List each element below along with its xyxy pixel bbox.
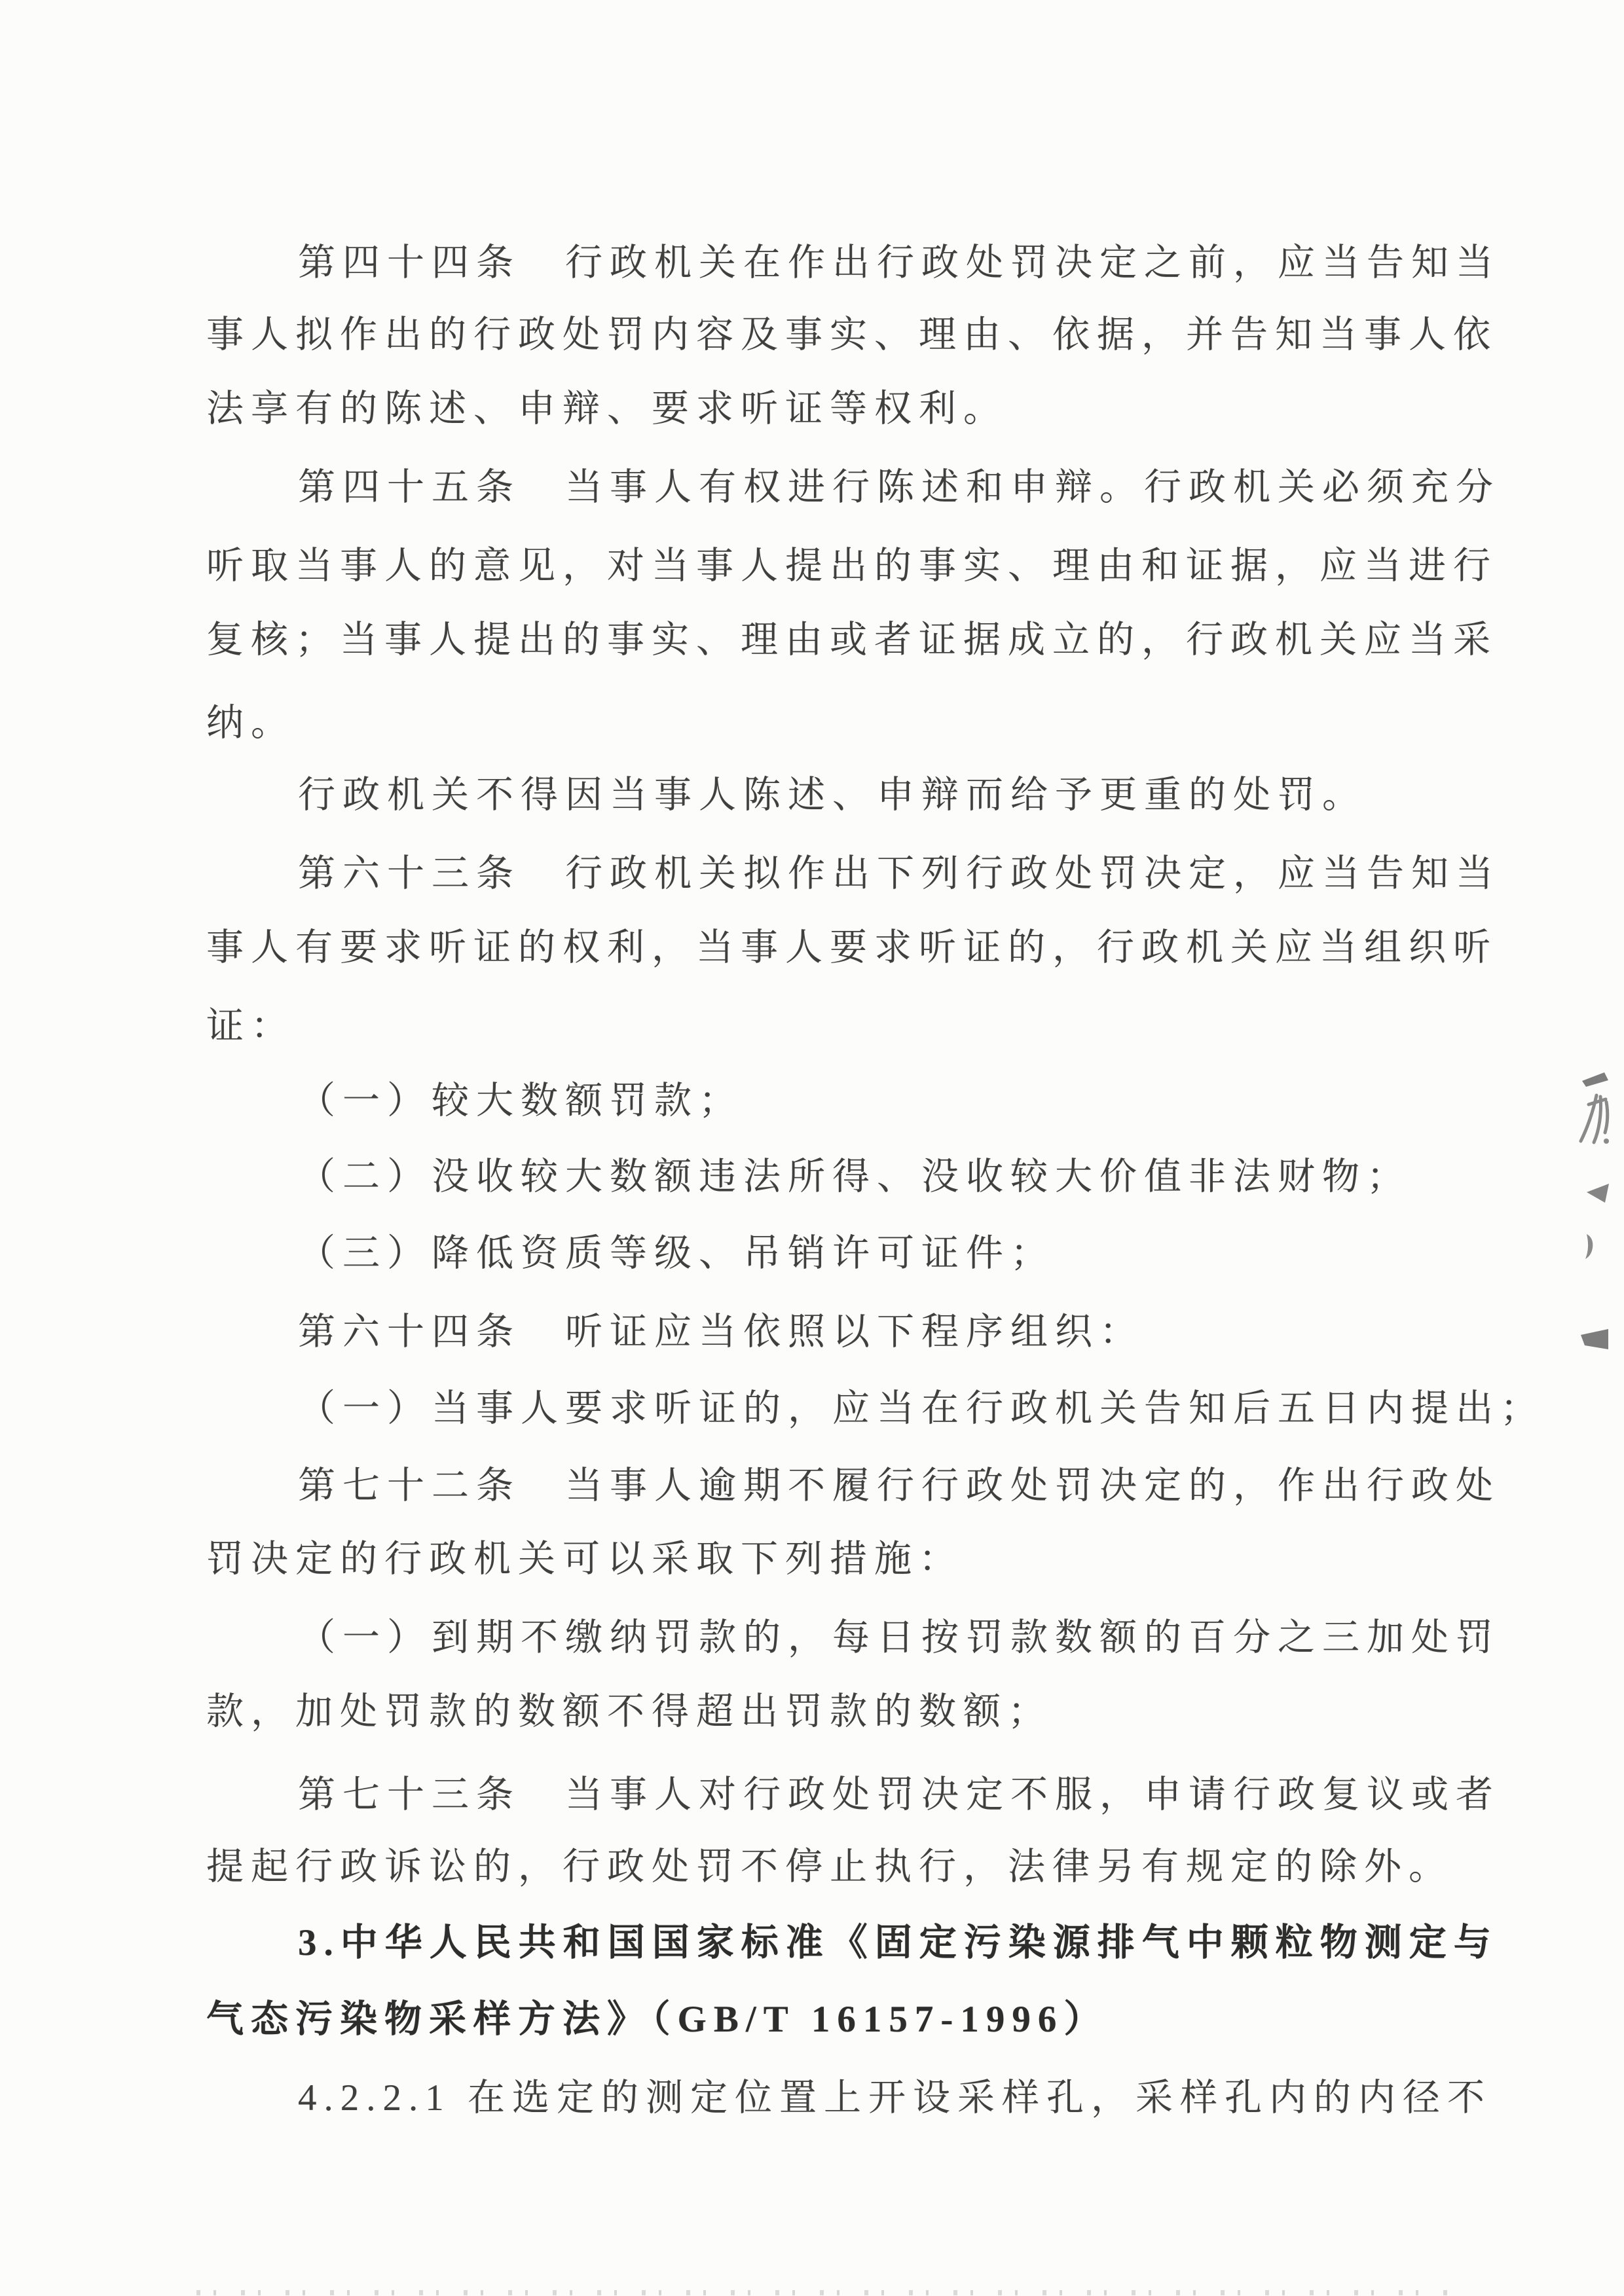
- text-line: （一）当事人要求听证的，应当在行政机关告知后五日内提出；: [298, 1388, 1608, 1430]
- text-line: 款，加处罚款的数额不得超出罚款的数额；: [206, 1691, 1516, 1733]
- text-line: （一）较大数额罚款；: [298, 1080, 1608, 1122]
- text-line: 3.中华人民共和国国家标准《固定污染源排气中颗粒物测定与: [298, 1922, 1608, 1964]
- text-line: 行政机关不得因当事人陈述、申辩而给予更重的处罚。: [298, 774, 1608, 816]
- text-line: 第七十二条 当事人逾期不履行行政处罚决定的，作出行政处: [298, 1465, 1608, 1507]
- text-line: 罚决定的行政机关可以采取下列措施：: [206, 1539, 1516, 1580]
- text-line: 法享有的陈述、申辩、要求听证等权利。: [206, 388, 1516, 430]
- text-line: 第四十四条 行政机关在作出行政处罚决定之前，应当告知当: [298, 242, 1608, 284]
- scanned-document-page: 第四十四条 行政机关在作出行政处罚决定之前，应当告知当 事人拟作出的行政处罚内容…: [0, 0, 1624, 2296]
- text-line: 第六十三条 行政机关拟作出下列行政处罚决定，应当告知当: [298, 853, 1608, 895]
- text-line: （二）没收较大数额违法所得、没收较大价值非法财物；: [298, 1156, 1608, 1198]
- text-line: 纳。: [206, 702, 1516, 744]
- text-line: （一）到期不缴纳罚款的，每日按罚款数额的百分之三加处罚: [298, 1617, 1608, 1659]
- text-line: 4.2.2.1 在选定的测定位置上开设采样孔，采样孔内的内径不: [298, 2077, 1608, 2119]
- handwritten-margin-marks-icon: [1572, 1064, 1624, 1358]
- text-line: 第四十五条 当事人有权进行陈述和申辩。行政机关必须充分: [298, 467, 1608, 509]
- text-line: 提起行政诉讼的，行政处罚不停止执行，法律另有规定的除外。: [206, 1846, 1516, 1888]
- text-line: （三）降低资质等级、吊销许可证件；: [298, 1233, 1608, 1275]
- cut-off-text-line: [196, 2290, 1460, 2295]
- text-line: 事人有要求听证的权利，当事人要求听证的，行政机关应当组织听: [206, 927, 1516, 969]
- text-line: 第六十四条 听证应当依照以下程序组织：: [298, 1311, 1608, 1353]
- text-line: 气态污染物采样方法》（GB/T 16157-1996）: [206, 1999, 1516, 2041]
- text-line: 复核；当事人提出的事实、理由或者证据成立的，行政机关应当采: [206, 619, 1516, 661]
- text-line: 事人拟作出的行政处罚内容及事实、理由、依据，并告知当事人依: [206, 314, 1516, 356]
- text-line: 第七十三条 当事人对行政处罚决定不服，申请行政复议或者: [298, 1774, 1608, 1816]
- text-line: 听取当事人的意见，对当事人提出的事实、理由和证据，应当进行: [206, 545, 1516, 587]
- text-line: 证：: [206, 1006, 1516, 1048]
